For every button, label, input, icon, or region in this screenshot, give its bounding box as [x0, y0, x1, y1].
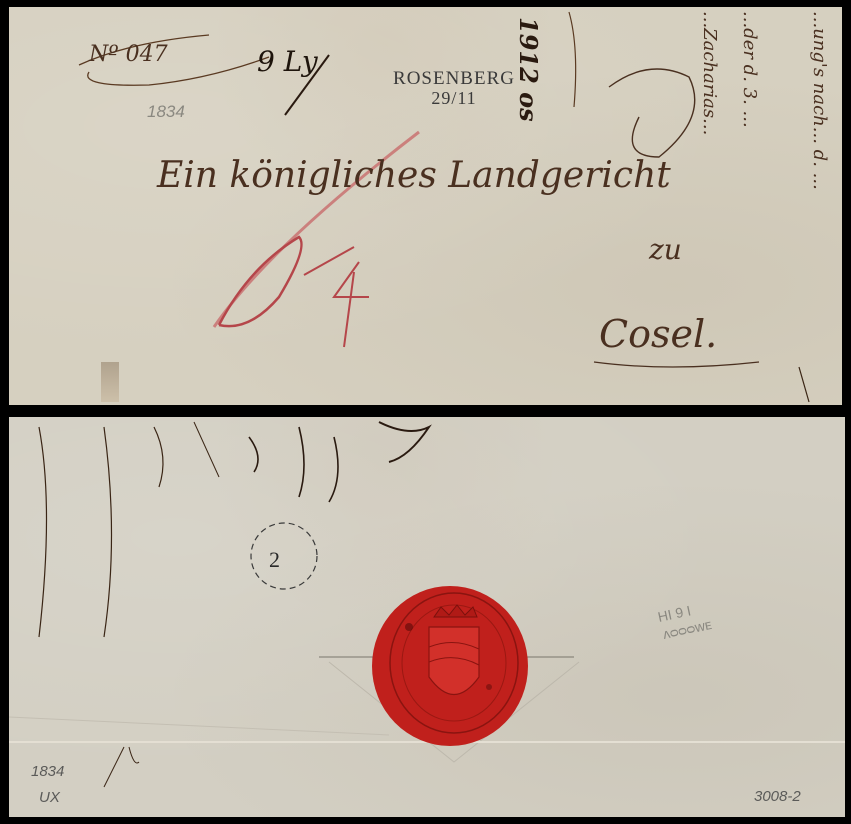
register-number: Nº 047: [89, 42, 168, 67]
svg-text:HI 9 I: HI 9 I: [656, 602, 692, 625]
right-margin-note-1: ...ung's nach... d. ...: [809, 11, 830, 190]
manuscript-fee: 9 Ly: [257, 45, 318, 78]
pencil-year-front: 1834: [147, 102, 185, 122]
right-margin-note-2: ...der d. 3. ...: [739, 11, 760, 128]
vertical-numeral: 1912 os: [514, 17, 543, 122]
circular-handstamp: [251, 523, 317, 589]
paper-stain: [101, 362, 119, 402]
right-margin-note-3: ...Zacharias...: [699, 11, 720, 135]
pencil-year-back: 1834: [31, 763, 64, 780]
address-line-1: Ein königliches Landgericht: [157, 155, 671, 196]
catalogue-number: 3008-2: [754, 788, 801, 805]
address-line-2: zu: [649, 233, 682, 266]
letter-front-panel: Nº 047 9 Ly 1834 ROSENBERG 29/11 1912 os…: [9, 7, 842, 405]
letter-back-panel: 2 HI 9 I ᴧᴑᴑᴑᴡᴇ 1834 UX 3008-2: [9, 417, 845, 817]
address-line-3: Cosel.: [599, 312, 717, 356]
svg-text:ᴧᴑᴑᴑᴡᴇ: ᴧᴑᴑᴑᴡᴇ: [661, 616, 713, 642]
wax-seal: [372, 586, 528, 746]
pencil-code-back: UX: [39, 789, 60, 806]
